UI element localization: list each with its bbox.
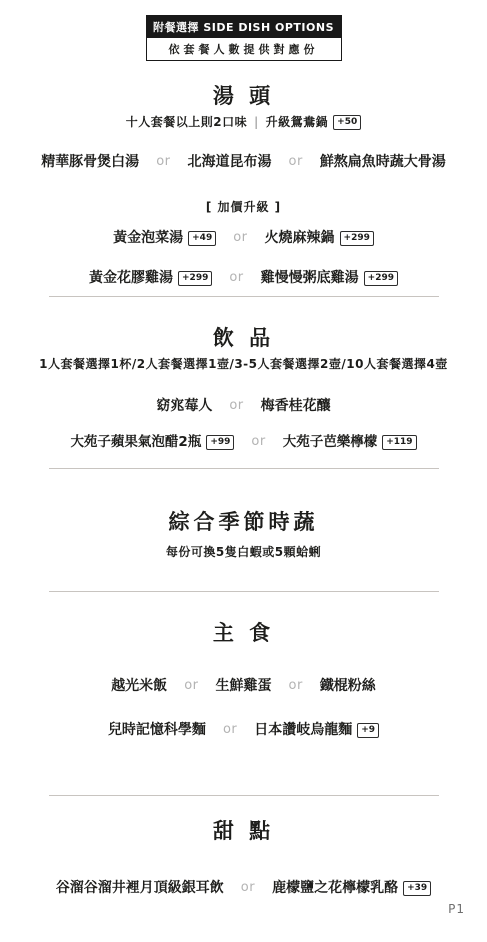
section-divider — [49, 468, 439, 469]
header-banner-title: 附餐選擇 SIDE DISH OPTIONS — [146, 15, 342, 38]
soup-note-separator: | — [254, 115, 259, 129]
or-label: or — [184, 676, 198, 696]
menu-item-egg: 生鮮雞蛋 — [216, 676, 272, 696]
menu-item-rice: 越光米飯 — [111, 676, 167, 696]
menu-item-apple-vinegar: 大苑子蘋果氣泡醋2瓶+99 — [70, 432, 234, 452]
menu-item-udon: 日本讚岐烏龍麵+9 — [254, 720, 379, 740]
or-label: or — [289, 152, 303, 172]
or-label: or — [156, 152, 170, 172]
menu-item-lemon-cheese: 鹿檬鹽之花檸檬乳酪+39 — [272, 878, 431, 898]
or-label: or — [289, 676, 303, 696]
menu-page: 附餐選擇 SIDE DISH OPTIONS 依套餐人數提供對應份 湯 頭 十人… — [0, 0, 487, 898]
menu-item-soup-tonkotsu: 精華豚骨煲白湯 — [41, 152, 139, 172]
section-divider — [49, 591, 439, 592]
soup-note: 十人套餐以上則2口味|升級鴛鴦鍋+50 — [126, 114, 362, 130]
header-banner: 附餐選擇 SIDE DISH OPTIONS 依套餐人數提供對應份 — [146, 15, 342, 61]
price-badge: +39 — [403, 881, 431, 896]
menu-item-vermicelli: 鐵棍粉絲 — [320, 676, 376, 696]
price-badge: +119 — [382, 435, 416, 450]
menu-item-soup-fish-bone: 鮮熬扁魚時蔬大骨湯 — [320, 152, 446, 172]
drinks-options-row-2: 大苑子蘋果氣泡醋2瓶+99 or 大苑子芭樂檸檬+119 — [70, 432, 416, 452]
menu-item-soup-kombu: 北海道昆布湯 — [188, 152, 272, 172]
price-badge: +49 — [188, 231, 216, 246]
soup-options-row-3: 黃金花膠雞湯+299 or 雞慢慢粥底雞湯+299 — [89, 268, 398, 288]
vegetables-note: 每份可換5隻白蝦或5顆蛤蜊 — [166, 544, 321, 560]
section-title-staple: 主 食 — [213, 620, 274, 646]
menu-item-spicy-pot: 火燒麻辣鍋+299 — [265, 228, 374, 248]
or-label: or — [251, 432, 265, 452]
drinks-options-row-1: 窈宨莓人 or 梅香桂花釀 — [156, 396, 330, 416]
menu-item-guava-lemon: 大苑子芭樂檸檬+119 — [283, 432, 417, 452]
or-label: or — [229, 396, 243, 416]
soup-options-row-1: 精華豚骨煲白湯 or 北海道昆布湯 or 鮮熬扁魚時蔬大骨湯 — [41, 152, 446, 172]
staple-options-row-2: 兒時記憶科學麵 or 日本讚岐烏龍麵+9 — [108, 720, 379, 740]
menu-item-congee-chicken-soup: 雞慢慢粥底雞湯+299 — [261, 268, 398, 288]
section-divider — [49, 795, 439, 796]
section-title-dessert: 甜 點 — [213, 818, 274, 844]
soup-upgrade-label: [ 加價升級 ] — [206, 198, 281, 215]
section-title-drinks: 飲 品 — [213, 325, 274, 351]
or-label: or — [229, 268, 243, 288]
or-label: or — [223, 720, 237, 740]
section-title-soup: 湯 頭 — [213, 83, 274, 109]
menu-item-snow-fungus-drink: 谷溜谷溜井裡月頂級銀耳飲 — [56, 878, 224, 898]
price-badge: +9 — [357, 723, 379, 738]
price-badge: +299 — [178, 271, 212, 286]
price-badge: +299 — [364, 271, 398, 286]
dessert-options-row: 谷溜谷溜井裡月頂級銀耳飲 or 鹿檬鹽之花檸檬乳酪+39 — [56, 878, 431, 898]
or-label: or — [233, 228, 247, 248]
price-badge: +299 — [340, 231, 374, 246]
section-title-vegetables: 綜合季節時蔬 — [169, 509, 319, 535]
menu-item-berry-drink: 窈宨莓人 — [156, 396, 212, 416]
staple-options-row-1: 越光米飯 or 生鮮雞蛋 or 鐵棍粉絲 — [111, 676, 376, 696]
menu-item-kimchi-soup: 黃金泡菜湯+49 — [113, 228, 216, 248]
menu-item-plum-osmanthus: 梅香桂花釀 — [261, 396, 331, 416]
soup-options-row-2: 黃金泡菜湯+49 or 火燒麻辣鍋+299 — [113, 228, 374, 248]
menu-item-science-noodle: 兒時記憶科學麵 — [108, 720, 206, 740]
price-badge: +50 — [333, 115, 361, 130]
section-divider — [49, 296, 439, 297]
page-number: P1 — [448, 902, 465, 916]
header-banner-note: 依套餐人數提供對應份 — [146, 38, 342, 61]
soup-note-upgrade: 升級鴛鴦鍋 — [266, 115, 329, 129]
drinks-note: 1人套餐選擇1杯/2人套餐選擇1壺/3-5人套餐選擇2壺/10人套餐選擇4壺 — [39, 356, 448, 372]
or-label: or — [241, 878, 255, 898]
menu-item-fish-maw-chicken-soup: 黃金花膠雞湯+299 — [89, 268, 212, 288]
soup-note-left: 十人套餐以上則2口味 — [126, 115, 247, 129]
price-badge: +99 — [206, 435, 234, 450]
